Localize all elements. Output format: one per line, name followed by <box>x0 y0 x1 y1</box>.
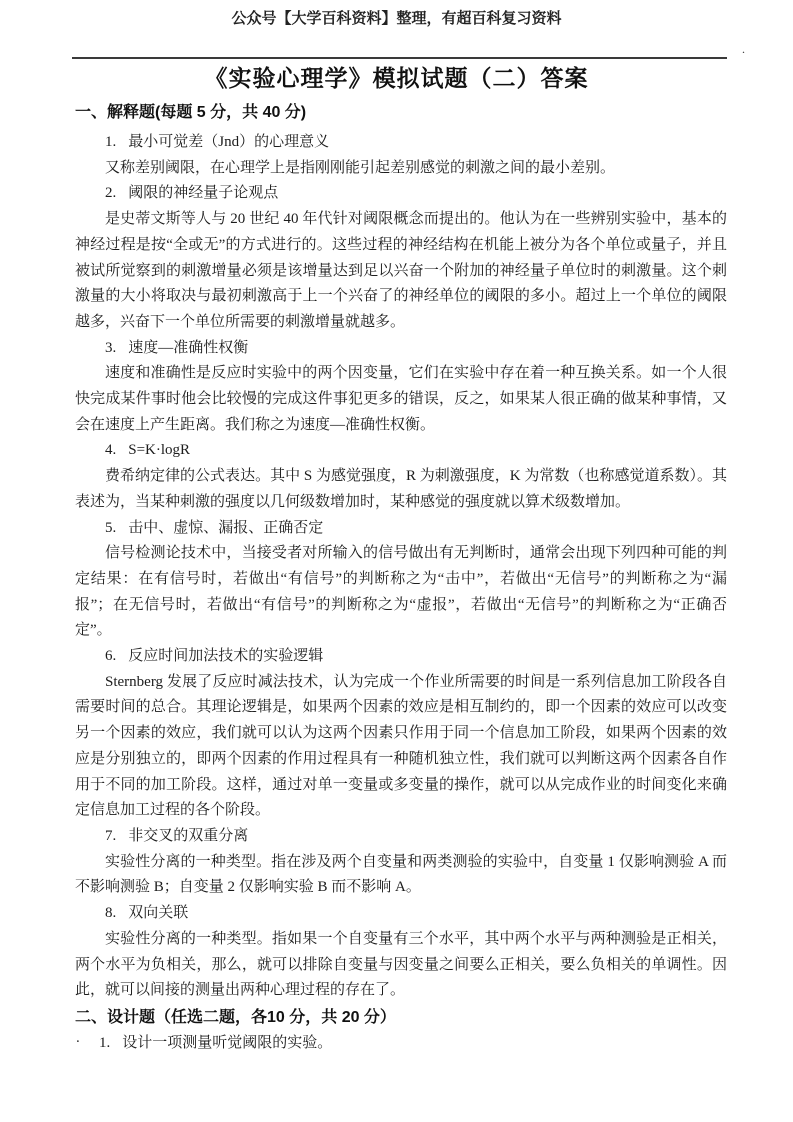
title-rule <box>72 57 727 59</box>
item-term-text: 双向关联 <box>128 905 188 921</box>
item-definition-3: 速度和准确性是反应时实验中的两个因变量，它们在实验中存在着一种互换关系。如一个人… <box>75 361 727 438</box>
design-item-1: 1.设计一项测量听觉阈限的实验。 <box>75 1031 727 1057</box>
item-term-text: 非交叉的双重分离 <box>128 828 248 844</box>
item-term-text: 击中、虚惊、漏报、正确否定 <box>128 520 323 536</box>
item-term-7: 7.非交叉的双重分离 <box>75 824 727 850</box>
section-heading-design: 二、设计题（任选二题，各10 分，共 20 分） <box>75 1005 727 1031</box>
item-definition-1: 又称差别阈限，在心理学上是指刚刚能引起差别感觉的刺激之间的最小差别。 <box>75 156 727 182</box>
item-term-text: 反应时间加法技术的实验逻辑 <box>128 648 323 664</box>
item-definition-7: 实验性分离的一种类型。指在涉及两个自变量和两类测验的实验中，自变量 1 仅影响测… <box>75 850 727 901</box>
item-term-text: 速度—准确性权衡 <box>128 340 248 356</box>
masthead-text: 公众号【大学百科资料】整理，有超百科复习资料 <box>0 7 793 28</box>
item-number: 1. <box>99 1031 110 1057</box>
item-term-1: 1.最小可觉差（Jnd）的心理意义 <box>75 130 727 156</box>
item-term-text: S=K·logR <box>128 442 190 458</box>
stray-dot-top-right: . <box>742 42 745 57</box>
item-term-text: 最小可觉差（Jnd）的心理意义 <box>128 134 329 150</box>
item-term-4: 4.S=K·logR <box>75 438 727 464</box>
item-number: 7. <box>105 824 116 850</box>
item-number: 8. <box>105 901 116 927</box>
item-term-3: 3.速度—准确性权衡 <box>75 336 727 362</box>
document-page: 公众号【大学百科资料】整理，有超百科复习资料 . 《实验心理学》模拟试题（二）答… <box>0 0 793 1122</box>
item-term-text: 设计一项测量听觉阈限的实验。 <box>122 1035 332 1051</box>
stray-dot-bottom-left: . <box>76 1030 80 1047</box>
item-definition-4: 费希纳定律的公式表达。其中 S 为感觉强度，R 为刺激强度，K 为常数（也称感觉… <box>75 464 727 515</box>
item-definition-8: 实验性分离的一种类型。指如果一个自变量有三个水平，其中两个水平与两种测验是正相关… <box>75 927 727 1004</box>
item-term-2: 2.阈限的神经量子论观点 <box>75 181 727 207</box>
item-definition-2: 是史蒂文斯等人与 20 世纪 40 年代针对阈限概念而提出的。他认为在一些辨别实… <box>75 207 727 336</box>
item-definition-5: 信号检测论技术中，当接受者对所输入的信号做出有无判断时，通常会出现下列四种可能的… <box>75 541 727 644</box>
item-term-text: 阈限的神经量子论观点 <box>128 185 278 201</box>
item-number: 6. <box>105 644 116 670</box>
item-number: 3. <box>105 336 116 362</box>
item-number: 1. <box>105 130 116 156</box>
item-term-6: 6.反应时间加法技术的实验逻辑 <box>75 644 727 670</box>
item-number: 4. <box>105 438 116 464</box>
section-heading-explain: 一、解释题(每题 5 分，共 40 分) <box>75 100 727 126</box>
item-number: 5. <box>105 516 116 542</box>
document-title: 《实验心理学》模拟试题（二）答案 <box>0 60 793 93</box>
item-term-5: 5.击中、虚惊、漏报、正确否定 <box>75 516 727 542</box>
document-body: 一、解释题(每题 5 分，共 40 分) 1.最小可觉差（Jnd）的心理意义 又… <box>75 100 727 1057</box>
item-definition-6: Sternberg 发展了反应时减法技术，认为完成一个作业所需要的时间是一系列信… <box>75 670 727 824</box>
item-term-8: 8.双向关联 <box>75 901 727 927</box>
item-number: 2. <box>105 181 116 207</box>
